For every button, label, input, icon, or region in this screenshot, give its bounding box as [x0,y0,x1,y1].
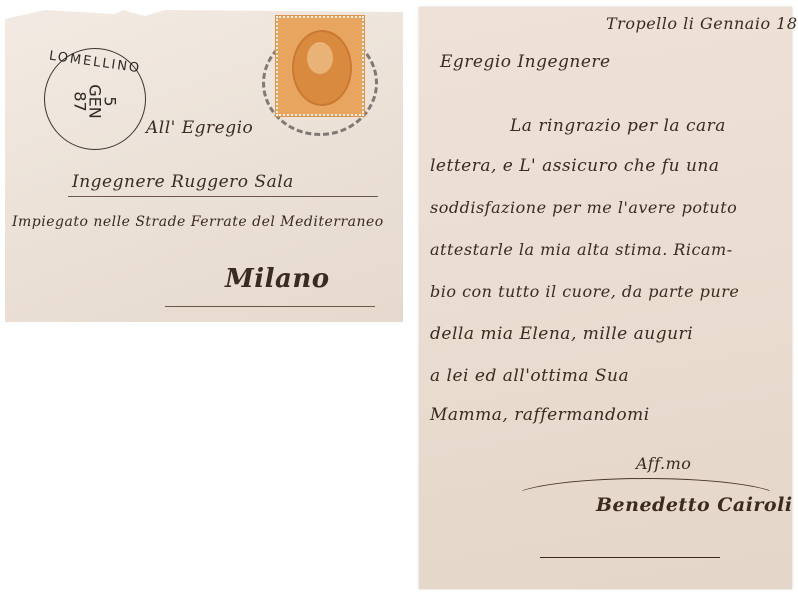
postmark-date: 5 GEN 87 [73,80,118,124]
letter-body-line: bio con tutto il cuore, da parte pure [430,282,739,301]
letter-body-line: della mia Elena, mille auguri [430,324,693,344]
letter-dateline: Tropello li Gennaio 1887 [606,14,798,33]
letter-signature: Benedetto Cairoli [596,494,793,516]
letter-body-line: La ringrazio per la cara [510,116,726,136]
postage-stamp [276,16,364,116]
letter-closing: Aff.mo [636,454,691,473]
signature-underline [540,557,720,558]
letter-salutation: Egregio Ingegnere [440,52,611,72]
address-line-1: All' Egregio [146,118,253,138]
address-line-2: Ingegnere Ruggero Sala [72,172,294,192]
letter-body-line: attestarle la mia alta stima. Ricam- [430,240,733,259]
address-city: Milano [225,264,330,294]
city-underline [165,306,375,307]
letter-body-line: lettera, e L' assicuro che fu una [430,156,720,176]
stamp-portrait [307,42,333,74]
letter-body-line: Mamma, raffermandomi [430,405,650,425]
letter-body-line: soddisfazione per me l'avere potuto [430,198,737,217]
address-line-3: Impiegato nelle Strade Ferrate del Medit… [12,214,384,230]
postmark: LOMELLINO 5 GEN 87 [44,48,146,150]
letter-body-line: a lei ed all'ottima Sua [430,366,629,386]
address-underline [68,196,378,197]
